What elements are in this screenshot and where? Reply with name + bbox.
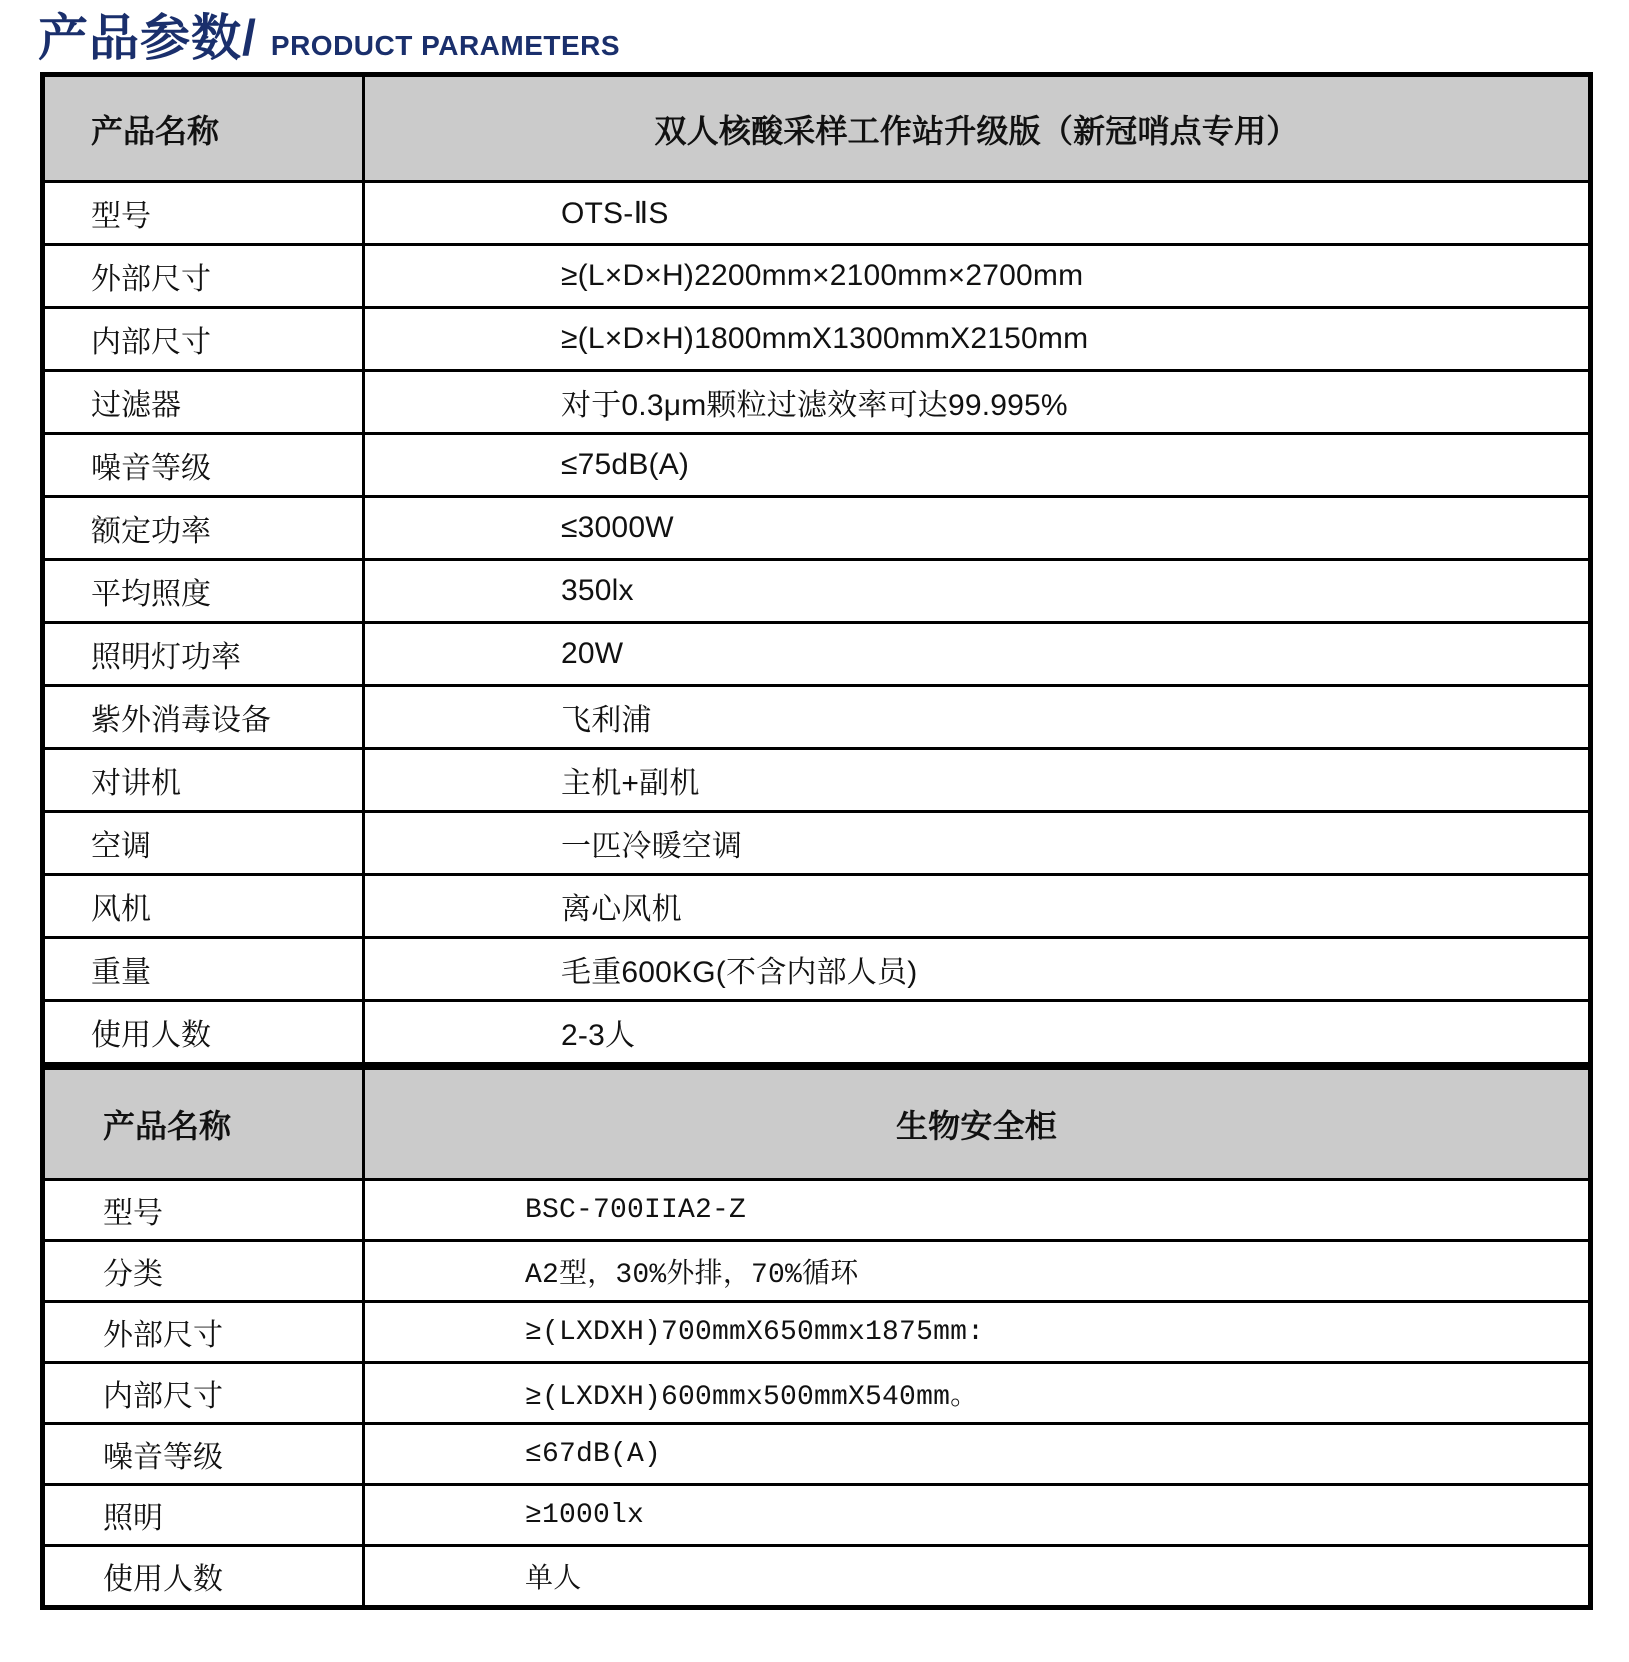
table-header-row: 产品名称 双人核酸采样工作站升级版（新冠哨点专用） bbox=[45, 77, 1588, 180]
row-parameter-value: ≤3000W bbox=[365, 511, 1588, 545]
row-parameter-label: 照明 bbox=[45, 1486, 365, 1544]
row-parameter-label: 过滤器 bbox=[45, 372, 365, 432]
row-parameter-label: 外部尺寸 bbox=[45, 246, 365, 306]
header-product-name: 双人核酸采样工作站升级版（新冠哨点专用） bbox=[365, 106, 1588, 152]
row-parameter-label: 内部尺寸 bbox=[45, 309, 365, 369]
table-row: 噪音等级≤67dB(A) bbox=[45, 1422, 1588, 1483]
table-row: 型号BSC-700IIA2-Z bbox=[45, 1178, 1588, 1239]
row-parameter-label: 型号 bbox=[45, 183, 365, 243]
row-parameter-value: ≥1000lx bbox=[365, 1500, 1588, 1531]
row-parameter-value: 毛重600KG(不含内部人员) bbox=[365, 947, 1588, 991]
table-row: 紫外消毒设备飞利浦 bbox=[45, 684, 1588, 747]
table-row: 风机离心风机 bbox=[45, 873, 1588, 936]
table-row: 型号OTS-ⅡS bbox=[45, 180, 1588, 243]
table-row: 噪音等级≤75dB(A) bbox=[45, 432, 1588, 495]
row-parameter-value: 20W bbox=[365, 637, 1588, 671]
row-parameter-label: 紫外消毒设备 bbox=[45, 687, 365, 747]
row-parameter-label: 使用人数 bbox=[45, 1002, 365, 1062]
row-parameter-label: 风机 bbox=[45, 876, 365, 936]
row-parameter-value: ≥(LXDXH)600mmx500mmX540mm。 bbox=[365, 1373, 1588, 1413]
table-row: 内部尺寸≥(L×D×H)1800mmX1300mmX2150mm bbox=[45, 306, 1588, 369]
row-parameter-value: A2型，30%外排，70%循环 bbox=[365, 1251, 1588, 1291]
table-row: 空调一匹冷暖空调 bbox=[45, 810, 1588, 873]
table-row: 外部尺寸≥(L×D×H)2200mm×2100mm×2700mm bbox=[45, 243, 1588, 306]
table-header-row: 产品名称 生物安全柜 bbox=[45, 1070, 1588, 1178]
row-parameter-label: 分类 bbox=[45, 1242, 365, 1300]
row-parameter-label: 额定功率 bbox=[45, 498, 365, 558]
row-parameter-label: 外部尺寸 bbox=[45, 1303, 365, 1361]
product-table-sampling-workstation: 产品名称 双人核酸采样工作站升级版（新冠哨点专用） 型号OTS-ⅡS外部尺寸≥(… bbox=[45, 77, 1588, 1062]
page-title: 产品参数/ PRODUCT PARAMETERS bbox=[0, 0, 1629, 72]
table-row: 平均照度350lx bbox=[45, 558, 1588, 621]
row-parameter-label: 平均照度 bbox=[45, 561, 365, 621]
product-table-biosafety-cabinet: 产品名称 生物安全柜 型号BSC-700IIA2-Z分类A2型，30%外排，70… bbox=[45, 1062, 1588, 1605]
row-parameter-value: 对于0.3μm颗粒过滤效率可达99.995% bbox=[365, 380, 1588, 424]
row-parameter-label: 对讲机 bbox=[45, 750, 365, 810]
row-parameter-label: 使用人数 bbox=[45, 1547, 365, 1605]
row-parameter-label: 照明灯功率 bbox=[45, 624, 365, 684]
row-parameter-value: 单人 bbox=[365, 1556, 1588, 1596]
row-parameter-value: 主机+副机 bbox=[365, 758, 1588, 802]
table-row: 额定功率≤3000W bbox=[45, 495, 1588, 558]
table-rows: 型号OTS-ⅡS外部尺寸≥(L×D×H)2200mm×2100mm×2700mm… bbox=[45, 180, 1588, 1062]
row-parameter-label: 内部尺寸 bbox=[45, 1364, 365, 1422]
table-row: 照明灯功率20W bbox=[45, 621, 1588, 684]
table-row: 照明≥1000lx bbox=[45, 1483, 1588, 1544]
header-product-name: 生物安全柜 bbox=[365, 1101, 1588, 1147]
page-title-cn: 产品参数/ bbox=[38, 6, 257, 70]
row-parameter-value: OTS-ⅡS bbox=[365, 196, 1588, 231]
row-parameter-label: 空调 bbox=[45, 813, 365, 873]
page-title-en: PRODUCT PARAMETERS bbox=[271, 30, 620, 62]
row-parameter-value: BSC-700IIA2-Z bbox=[365, 1195, 1588, 1226]
table-row: 过滤器对于0.3μm颗粒过滤效率可达99.995% bbox=[45, 369, 1588, 432]
row-parameter-value: ≥(L×D×H)2200mm×2100mm×2700mm bbox=[365, 259, 1588, 293]
row-parameter-value: 2-3人 bbox=[365, 1010, 1588, 1054]
table-row: 分类A2型，30%外排，70%循环 bbox=[45, 1239, 1588, 1300]
row-parameter-value: 一匹冷暖空调 bbox=[365, 821, 1588, 865]
table-rows: 型号BSC-700IIA2-Z分类A2型，30%外排，70%循环外部尺寸≥(LX… bbox=[45, 1178, 1588, 1605]
table-row: 外部尺寸≥(LXDXH)700mmX650mmx1875mm: bbox=[45, 1300, 1588, 1361]
row-parameter-value: ≥(LXDXH)700mmX650mmx1875mm: bbox=[365, 1317, 1588, 1348]
table-row: 使用人数2-3人 bbox=[45, 999, 1588, 1062]
table-row: 内部尺寸≥(LXDXH)600mmx500mmX540mm。 bbox=[45, 1361, 1588, 1422]
table-row: 对讲机主机+副机 bbox=[45, 747, 1588, 810]
row-parameter-value: ≤75dB(A) bbox=[365, 448, 1588, 482]
header-label: 产品名称 bbox=[45, 77, 365, 180]
table-row: 重量毛重600KG(不含内部人员) bbox=[45, 936, 1588, 999]
row-parameter-label: 重量 bbox=[45, 939, 365, 999]
row-parameter-value: ≥(L×D×H)1800mmX1300mmX2150mm bbox=[365, 322, 1588, 356]
row-parameter-value: 350lx bbox=[365, 574, 1588, 608]
row-parameter-label: 型号 bbox=[45, 1181, 365, 1239]
row-parameter-label: 噪音等级 bbox=[45, 435, 365, 495]
row-parameter-value: ≤67dB(A) bbox=[365, 1439, 1588, 1470]
row-parameter-value: 离心风机 bbox=[365, 884, 1588, 928]
row-parameter-label: 噪音等级 bbox=[45, 1425, 365, 1483]
table-row: 使用人数单人 bbox=[45, 1544, 1588, 1605]
product-parameters-table: 产品名称 双人核酸采样工作站升级版（新冠哨点专用） 型号OTS-ⅡS外部尺寸≥(… bbox=[40, 72, 1593, 1610]
header-label: 产品名称 bbox=[45, 1070, 365, 1178]
row-parameter-value: 飞利浦 bbox=[365, 695, 1588, 739]
